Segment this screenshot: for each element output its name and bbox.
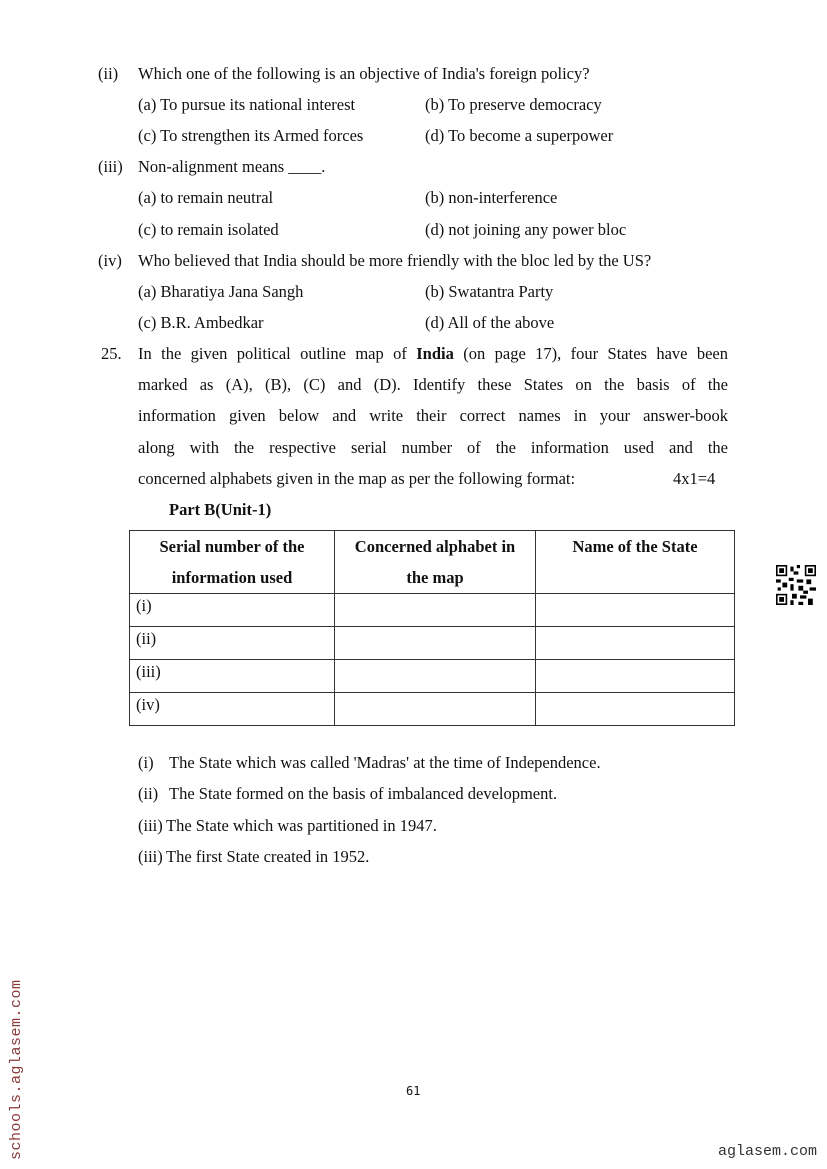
info-number: (iii)	[138, 847, 163, 867]
option: (d) not joining any power bloc	[425, 220, 626, 240]
side-watermark: schools.aglasem.com	[8, 979, 25, 1160]
table-cell: (iv)	[130, 693, 335, 726]
option: (c) To strengthen its Armed forces	[138, 126, 363, 146]
part-heading: Part B(Unit-1)	[169, 500, 271, 520]
table-row: (ii)	[130, 627, 735, 660]
table-cell	[335, 594, 536, 627]
table-cell	[335, 693, 536, 726]
option: (c) to remain isolated	[138, 220, 279, 240]
question-text: Which one of the following is an objecti…	[138, 64, 590, 84]
table-cell: (i)	[130, 594, 335, 627]
marks: 4x1=4	[673, 469, 715, 489]
info-number: (ii)	[138, 784, 158, 804]
question-number: (ii)	[98, 64, 118, 84]
question-text: marked as (A), (B), (C) and (D). Identif…	[138, 375, 728, 395]
question-text: concerned alphabets given in the map as …	[138, 469, 575, 489]
answer-format-table: Serial number of theinformation used Con…	[129, 530, 735, 726]
question-number: (iv)	[98, 251, 122, 271]
option: (d) To become a superpower	[425, 126, 613, 146]
question-number: (iii)	[98, 157, 123, 177]
option: (b) non-interference	[425, 188, 557, 208]
column-header: Name of the State	[536, 531, 735, 594]
question-text: In the given political outline map of In…	[138, 344, 728, 364]
column-header: Serial number of theinformation used	[130, 531, 335, 594]
table-cell	[335, 660, 536, 693]
table-header-row: Serial number of theinformation used Con…	[130, 531, 735, 594]
info-number: (i)	[138, 753, 154, 773]
column-header: Concerned alphabet inthe map	[335, 531, 536, 594]
table-cell	[335, 627, 536, 660]
question-text: Non-alignment means ____.	[138, 157, 325, 177]
option: (b) To preserve democracy	[425, 95, 602, 115]
info-text: The first State created in 1952.	[166, 847, 369, 867]
table-cell	[536, 627, 735, 660]
table-cell	[536, 594, 735, 627]
option: (b) Swatantra Party	[425, 282, 553, 302]
table-cell: (ii)	[130, 627, 335, 660]
table-row: (iv)	[130, 693, 735, 726]
question-number: 25.	[101, 344, 122, 364]
info-number: (iii)	[138, 816, 163, 836]
table-cell: (iii)	[130, 660, 335, 693]
table-row: (i)	[130, 594, 735, 627]
qr-code-icon	[776, 565, 816, 605]
table-cell	[536, 693, 735, 726]
option: (d) All of the above	[425, 313, 554, 333]
option: (a) to remain neutral	[138, 188, 273, 208]
info-text: The State which was called 'Madras' at t…	[169, 753, 601, 773]
option: (a) To pursue its national interest	[138, 95, 355, 115]
info-text: The State which was partitioned in 1947.	[166, 816, 437, 836]
table-cell	[536, 660, 735, 693]
option: (c) B.R. Ambedkar	[138, 313, 264, 333]
info-text: The State formed on the basis of imbalan…	[169, 784, 557, 804]
bottom-watermark: aglasem.com	[718, 1143, 817, 1160]
question-text: along with the respective serial number …	[138, 438, 728, 458]
table-row: (iii)	[130, 660, 735, 693]
question-text: Who believed that India should be more f…	[138, 251, 651, 271]
page-number: 61	[406, 1084, 420, 1098]
option: (a) Bharatiya Jana Sangh	[138, 282, 303, 302]
question-text: information given below and write their …	[138, 406, 728, 426]
